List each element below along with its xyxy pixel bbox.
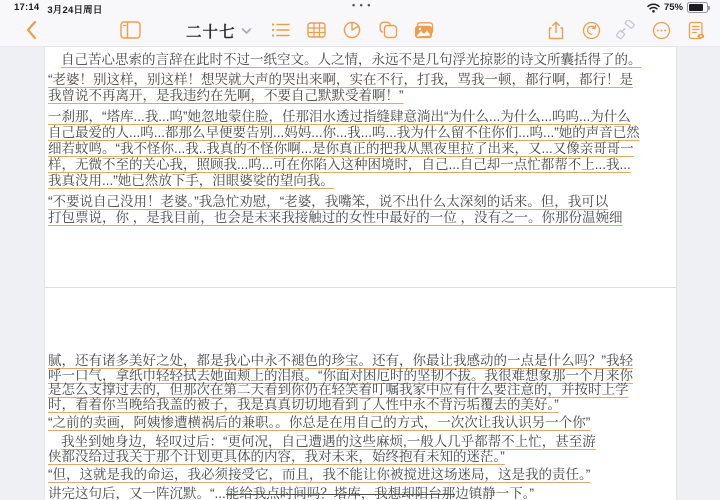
text-line[interactable]: 自己最爱的人...呜...都那么早便要告别...妈妈...你...我...呜..…: [48, 125, 674, 141]
chevron-down-icon: [241, 27, 252, 35]
outline-list-button[interactable]: [269, 19, 291, 41]
duplicate-button[interactable]: [377, 19, 399, 41]
reading-mode-button[interactable]: [685, 19, 707, 41]
text-line[interactable]: 样，无微不至的关心我，照顾我...呜...可在你陷入这种困境时，自己...自己却…: [48, 157, 674, 173]
text-line[interactable]: 打包票说，你 ，是我目前，也会是未来我接触过的女性中最好的一位 ，没有之一。你那…: [48, 210, 674, 226]
toolbar: 二十七: [0, 15, 720, 47]
text-line[interactable]: 自己苦心思索的言辞在此时不过一纸空文。人之情，永远不是几句浮光掠影的诗文所囊括得…: [48, 52, 674, 68]
status-time: 17:14: [14, 2, 39, 16]
text-line[interactable]: 是怎么支撑过去的，但那次在第二天看到你仍在轻笑着叮嘱我家中应有什么要注意的，并按…: [48, 383, 674, 398]
back-button[interactable]: [20, 19, 42, 41]
document-title-control[interactable]: 二十七: [186, 20, 252, 42]
ellipsis-circle-icon: [652, 21, 671, 40]
table-icon: [307, 22, 326, 38]
text-line[interactable]: 时，看着你当晚给我盖的被子，我是真真切切地看到了人性中永不背污垢覆去的美好。”: [48, 398, 674, 413]
text-line[interactable]: “但，这就是我的命运，我必须接受它，而且，我不能让你被搅进这场迷局，这是我的责任…: [48, 468, 674, 483]
text-line[interactable]: 侠都没给过我关于那个计划更具体的内容，我对未来，始终抱有未知的迷茫。”: [48, 450, 674, 465]
more-options-button[interactable]: [650, 19, 672, 41]
battery-icon: [687, 2, 708, 13]
format-brush-button[interactable]: [615, 19, 637, 41]
battery-percent: 75%: [664, 2, 683, 13]
text-line[interactable]: “之前的卖画，阿姨惨遭横祸后的兼职。。你总是在用自己的方式，一次次让我认识另一个…: [48, 416, 674, 431]
page-title: 二十七: [186, 20, 236, 42]
text-line[interactable]: 细若蚊鸣。“我不怪你...我..我真的不怪你啊...是你真正的把我从黑夜里拉了出…: [48, 141, 674, 157]
page-1-text[interactable]: 自己苦心思索的言辞在此时不过一纸空文。人之情，永远不是几句浮光掠影的诗文所囊括得…: [48, 47, 674, 226]
text-line[interactable]: “不要说自己没用！老婆。”我急忙劝慰，“老婆，我嘴笨，说不出什么太深刻的话来。但…: [48, 194, 674, 210]
editor-canvas: 自己苦心思索的言辞在此时不过一纸空文。人之情，永远不是几句浮光掠影的诗文所囊括得…: [0, 47, 720, 500]
insert-image-button[interactable]: [413, 19, 435, 41]
statistics-button[interactable]: [341, 19, 363, 41]
multitasking-indicator[interactable]: • • •: [352, 0, 371, 10]
text-line[interactable]: 腻，还有诸多美好之处，都是我心中永不褪色的珍宝。还有，你最让我感动的一点是什么吗…: [48, 354, 674, 369]
text-line[interactable]: 讲完这句后，又一阵沉默。“...能给我点时间吗？塔库，我想却阳台那边镇静一下。”: [48, 487, 674, 500]
sidebar-toggle-button[interactable]: [119, 19, 141, 41]
status-bar: 17:14 3月24日周日 • • • 75%: [0, 0, 720, 15]
document-page-column[interactable]: 自己苦心思索的言辞在此时不过一纸空文。人之情，永远不是几句浮光掠影的诗文所囊括得…: [45, 47, 676, 500]
share-button[interactable]: [545, 19, 567, 41]
text-line[interactable]: 我曾说不再离开，是我违约在先啊，不要自己默默受着啊！”: [48, 88, 674, 104]
text-line[interactable]: 一刹那，“塔库...我...呜”她忽地蒙住脸，任那泪水透过指缝肆意淌出“为什么.…: [48, 109, 674, 125]
share-icon: [548, 21, 564, 40]
format-brush-icon: [616, 20, 636, 40]
status-date: 3月24日周日: [47, 2, 102, 16]
page-2-text[interactable]: 腻，还有诸多美好之处，都是我心中永不褪色的珍宝。还有，你最让我感动的一点是什么吗…: [48, 288, 674, 500]
pie-chart-icon: [343, 21, 361, 39]
bullet-list-icon: [271, 22, 290, 38]
copy-icon: [379, 21, 398, 39]
document-preview-icon: [688, 21, 705, 40]
text-line[interactable]: 呼一口气，拿纸巾轻轻拭去她面颊上的泪痕。“你面对困厄时的坚韧不拔。我很难想象那一…: [48, 369, 674, 384]
undo-icon: [582, 21, 601, 40]
sidebar-panel-icon: [120, 21, 141, 39]
text-line[interactable]: “老婆！别这样，别这样！想哭就大声的哭出来啊，实在不行，打我，骂我一顿，都行啊，…: [48, 72, 674, 88]
back-chevron-icon: [25, 20, 37, 40]
text-line[interactable]: 我坐到她身边，轻叹过后：“更何况，自己遭遇的这些麻烦,一般人几乎都帮不上忙，甚至…: [48, 435, 674, 450]
insert-table-button[interactable]: [305, 19, 327, 41]
undo-button[interactable]: [580, 19, 602, 41]
photos-icon: [414, 22, 435, 39]
wifi-icon: [647, 3, 660, 13]
text-line[interactable]: 我真没用...”她已然放下手，泪眼婆娑的望向我。: [48, 173, 674, 189]
